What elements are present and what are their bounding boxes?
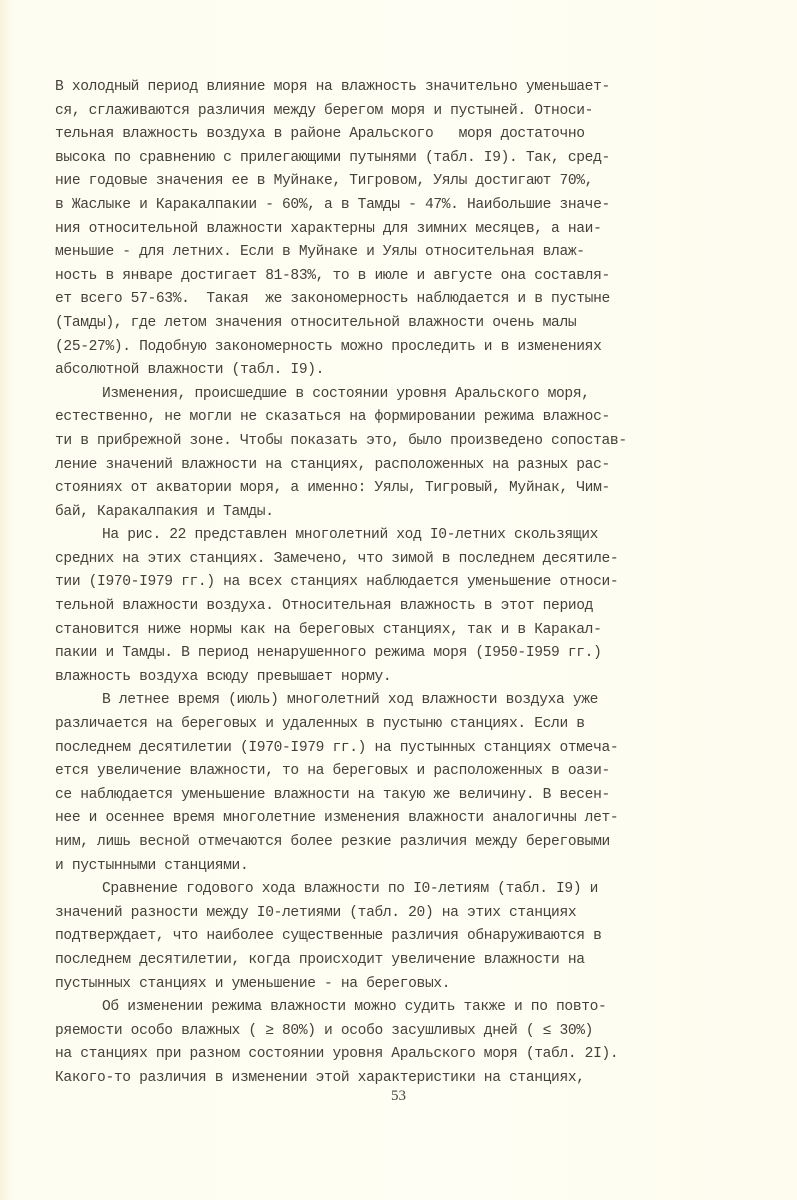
text-line: тии (I970-I979 гг.) на всех станциях наб… <box>55 571 755 595</box>
text-line: средних на этих станциях. Замечено, что … <box>55 548 755 572</box>
text-line: се наблюдается уменьшение влажности на т… <box>55 784 755 808</box>
body-text: В холодный период влияние моря на влажно… <box>55 76 755 1091</box>
text-line: ния относительной влажности характерны д… <box>55 218 755 242</box>
text-line: пустынных станциях и уменьшение - на бер… <box>55 973 755 997</box>
text-line: становится ниже нормы как на береговых с… <box>55 619 755 643</box>
text-line: На рис. 22 представлен многолетний ход I… <box>55 524 755 548</box>
page-number: 53 <box>0 1088 797 1105</box>
text-line: Об изменении режима влажности можно суди… <box>55 996 755 1020</box>
text-line: (Тамды), где летом значения относительно… <box>55 312 755 336</box>
text-line: высока по сравнению с прилегающими путын… <box>55 147 755 171</box>
text-line: В холодный период влияние моря на влажно… <box>55 76 755 100</box>
text-line: Изменения, происшедшие в состоянии уровн… <box>55 383 755 407</box>
text-line: в Жаслыке и Каракалпакии - 60%, а в Тамд… <box>55 194 755 218</box>
text-line: ся, сглаживаются различия между берегом … <box>55 100 755 124</box>
text-line: ление значений влажности на станциях, ра… <box>55 454 755 478</box>
text-line: Какого-то различия в изменении этой хара… <box>55 1067 755 1091</box>
text-line: последнем десятилетии, когда происходит … <box>55 949 755 973</box>
text-line: естественно, не могли не сказаться на фо… <box>55 406 755 430</box>
text-line: влажность воздуха всюду превышает норму. <box>55 666 755 690</box>
text-line: ние годовые значения ее в Муйнаке, Тигро… <box>55 170 755 194</box>
text-line: стояниях от акватории моря, а именно: Уя… <box>55 477 755 501</box>
text-line: и пустынными станциями. <box>55 855 755 879</box>
text-line: В летнее время (июль) многолетний ход вл… <box>55 689 755 713</box>
text-line: тельной влажности воздуха. Относительная… <box>55 595 755 619</box>
text-line: ность в январе достигает 81-83%, то в ию… <box>55 265 755 289</box>
text-line: последнем десятилетии (I970-I979 гг.) на… <box>55 737 755 761</box>
text-line: ти в прибрежной зоне. Чтобы показать это… <box>55 430 755 454</box>
text-line: Сравнение годового хода влажности по I0-… <box>55 878 755 902</box>
text-line: бай, Каракалпакия и Тамды. <box>55 501 755 525</box>
text-line: значений разности между I0-летиями (табл… <box>55 902 755 926</box>
text-line: на станциях при разном состоянии уровня … <box>55 1043 755 1067</box>
text-line: различается на береговых и удаленных в п… <box>55 713 755 737</box>
text-line: абсолютной влажности (табл. I9). <box>55 359 755 383</box>
document-page: В холодный период влияние моря на влажно… <box>0 0 797 1200</box>
text-line: тельная влажность воздуха в районе Араль… <box>55 123 755 147</box>
text-line: нее и осеннее время многолетние изменени… <box>55 807 755 831</box>
text-line: подтверждает, что наиболее существенные … <box>55 925 755 949</box>
text-line: меньшие - для летних. Если в Муйнаке и У… <box>55 241 755 265</box>
text-line: ется увеличение влажности, то на берегов… <box>55 760 755 784</box>
text-line: ет всего 57-63%. Такая же закономерность… <box>55 288 755 312</box>
text-line: пакии и Тамды. В период ненарушенного ре… <box>55 642 755 666</box>
text-line: ряемости особо влажных ( ≥ 80%) и особо … <box>55 1020 755 1044</box>
text-line: (25-27%). Подобную закономерность можно … <box>55 336 755 360</box>
text-line: ним, лишь весной отмечаются более резкие… <box>55 831 755 855</box>
